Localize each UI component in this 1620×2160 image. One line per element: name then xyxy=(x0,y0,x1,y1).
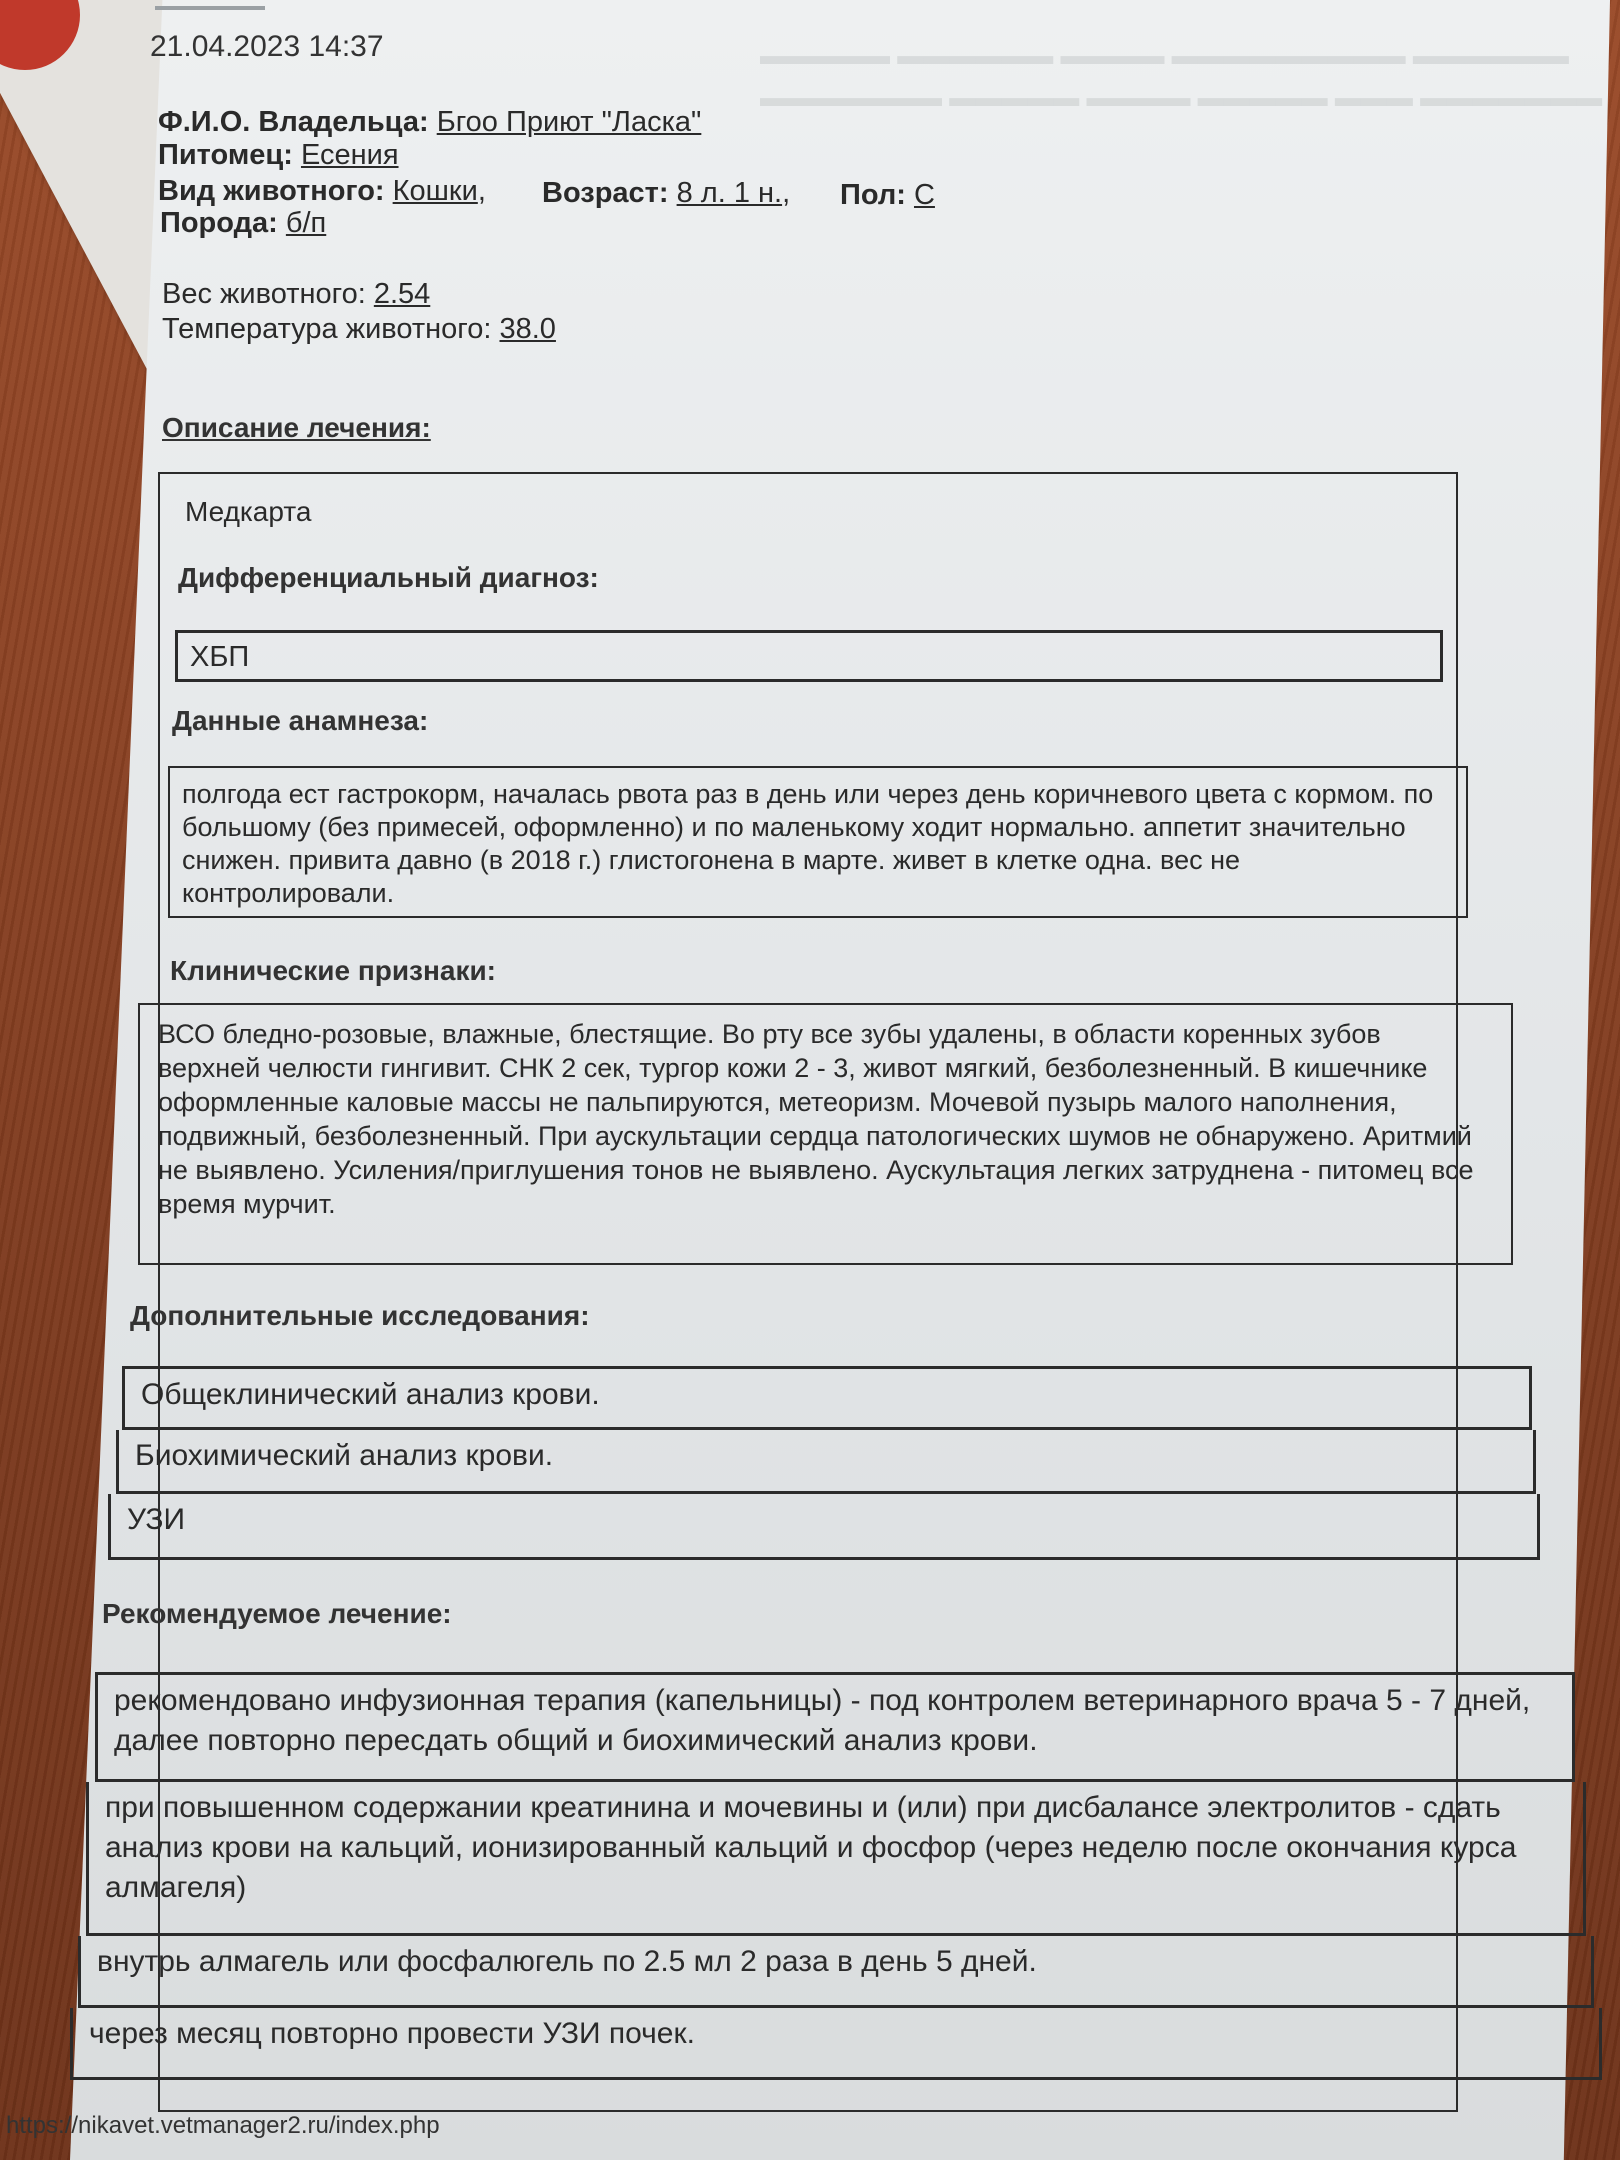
pet-line: Питомец: Есения xyxy=(158,139,399,172)
record-datetime: 21.04.2023 14:37 xyxy=(150,30,384,64)
treatment-row: через месяц повторно провести УЗИ почек. xyxy=(70,2008,1602,2080)
sex-value: С xyxy=(914,179,935,211)
temperature-line: Температура животного: 38.0 xyxy=(162,313,556,346)
age-label: Возраст: xyxy=(542,177,669,209)
age-line: Возраст: 8 л. 1 н., xyxy=(542,177,790,210)
study-row: УЗИ xyxy=(108,1494,1540,1560)
clinical-signs-box: ВСО бледно-розовые, влажные, блестящие. … xyxy=(138,1003,1513,1265)
species-label: Вид животного: xyxy=(158,175,385,207)
anamnesis-text: полгода ест гастрокорм, началась рвота р… xyxy=(182,778,1446,910)
pet-value: Есения xyxy=(301,139,399,171)
treatment-row: внутрь алмагель или фосфалюгель по 2.5 м… xyxy=(78,1936,1594,2008)
recommended-treatment-title: Рекомендуемое лечение: xyxy=(102,1598,452,1630)
clinical-signs-text: ВСО бледно-розовые, влажные, блестящие. … xyxy=(158,1017,1489,1221)
species-line: Вид животного: Кошки, xyxy=(158,175,486,208)
weight-value: 2.54 xyxy=(374,278,430,310)
temperature-value: 38.0 xyxy=(499,313,555,345)
age-value: 8 л. 1 н. xyxy=(677,177,782,209)
owner-label: Ф.И.О. Владельца: xyxy=(158,106,429,138)
clinical-signs-title: Клинические признаки: xyxy=(170,955,496,987)
diagnosis-title: Дифференциальный диагноз: xyxy=(178,562,599,594)
bleed-through-text: ▬▬▬▬▬ ▬▬▬▬▬▬ ▬▬▬▬ ▬▬▬▬▬▬▬▬▬ ▬▬▬▬▬▬ xyxy=(760,40,1569,71)
species-value: Кошки xyxy=(393,175,478,207)
treatment-row: при повышенном содержании креатинина и м… xyxy=(86,1782,1586,1936)
anamnesis-box: полгода ест гастрокорм, началась рвота р… xyxy=(168,766,1468,918)
treatment-row: рекомендовано инфузионная терапия (капел… xyxy=(95,1672,1575,1782)
owner-line: Ф.И.О. Владельца: Бгоо Приют "Ласка" xyxy=(158,106,701,139)
anamnesis-title: Данные анамнеза: xyxy=(172,705,428,737)
sex-line: Пол: С xyxy=(840,179,935,212)
bleed-through-text: ▬▬▬▬▬▬▬ ▬▬▬▬▬ ▬▬▬▬ ▬▬▬▬▬ ▬▬▬ ▬▬▬▬▬▬▬ xyxy=(760,82,1602,113)
study-row: Биохимический анализ крови. xyxy=(116,1430,1536,1494)
medical-record-document: ▬▬▬▬▬ ▬▬▬▬▬▬ ▬▬▬▬ ▬▬▬▬▬▬▬▬▬ ▬▬▬▬▬▬ ▬▬▬▬▬… xyxy=(0,0,1620,2160)
weight-line: Вес животного: 2.54 xyxy=(162,278,430,311)
breed-value: б/п xyxy=(286,207,326,239)
pet-label: Питомец: xyxy=(158,139,293,171)
weight-label: Вес животного: xyxy=(162,278,366,310)
temperature-label: Температура животного: xyxy=(162,313,491,345)
medcard-title: Медкарта xyxy=(185,495,311,528)
study-row: Общеклинический анализ крови. xyxy=(122,1366,1532,1430)
top-divider xyxy=(155,6,265,10)
sex-label: Пол: xyxy=(840,179,906,211)
owner-value: Бгоо Приют "Ласка" xyxy=(437,106,702,138)
diagnosis-field: ХБП xyxy=(175,630,1443,682)
diagnosis-value: ХБП xyxy=(190,641,249,674)
breed-label: Порода: xyxy=(160,207,278,239)
footer-url: https://nikavet.vetmanager2.ru/index.php xyxy=(6,2112,440,2140)
additional-studies-title: Дополнительные исследования: xyxy=(130,1300,590,1332)
treatment-description-title: Описание лечения: xyxy=(162,412,431,444)
breed-line: Порода: б/п xyxy=(160,207,326,240)
